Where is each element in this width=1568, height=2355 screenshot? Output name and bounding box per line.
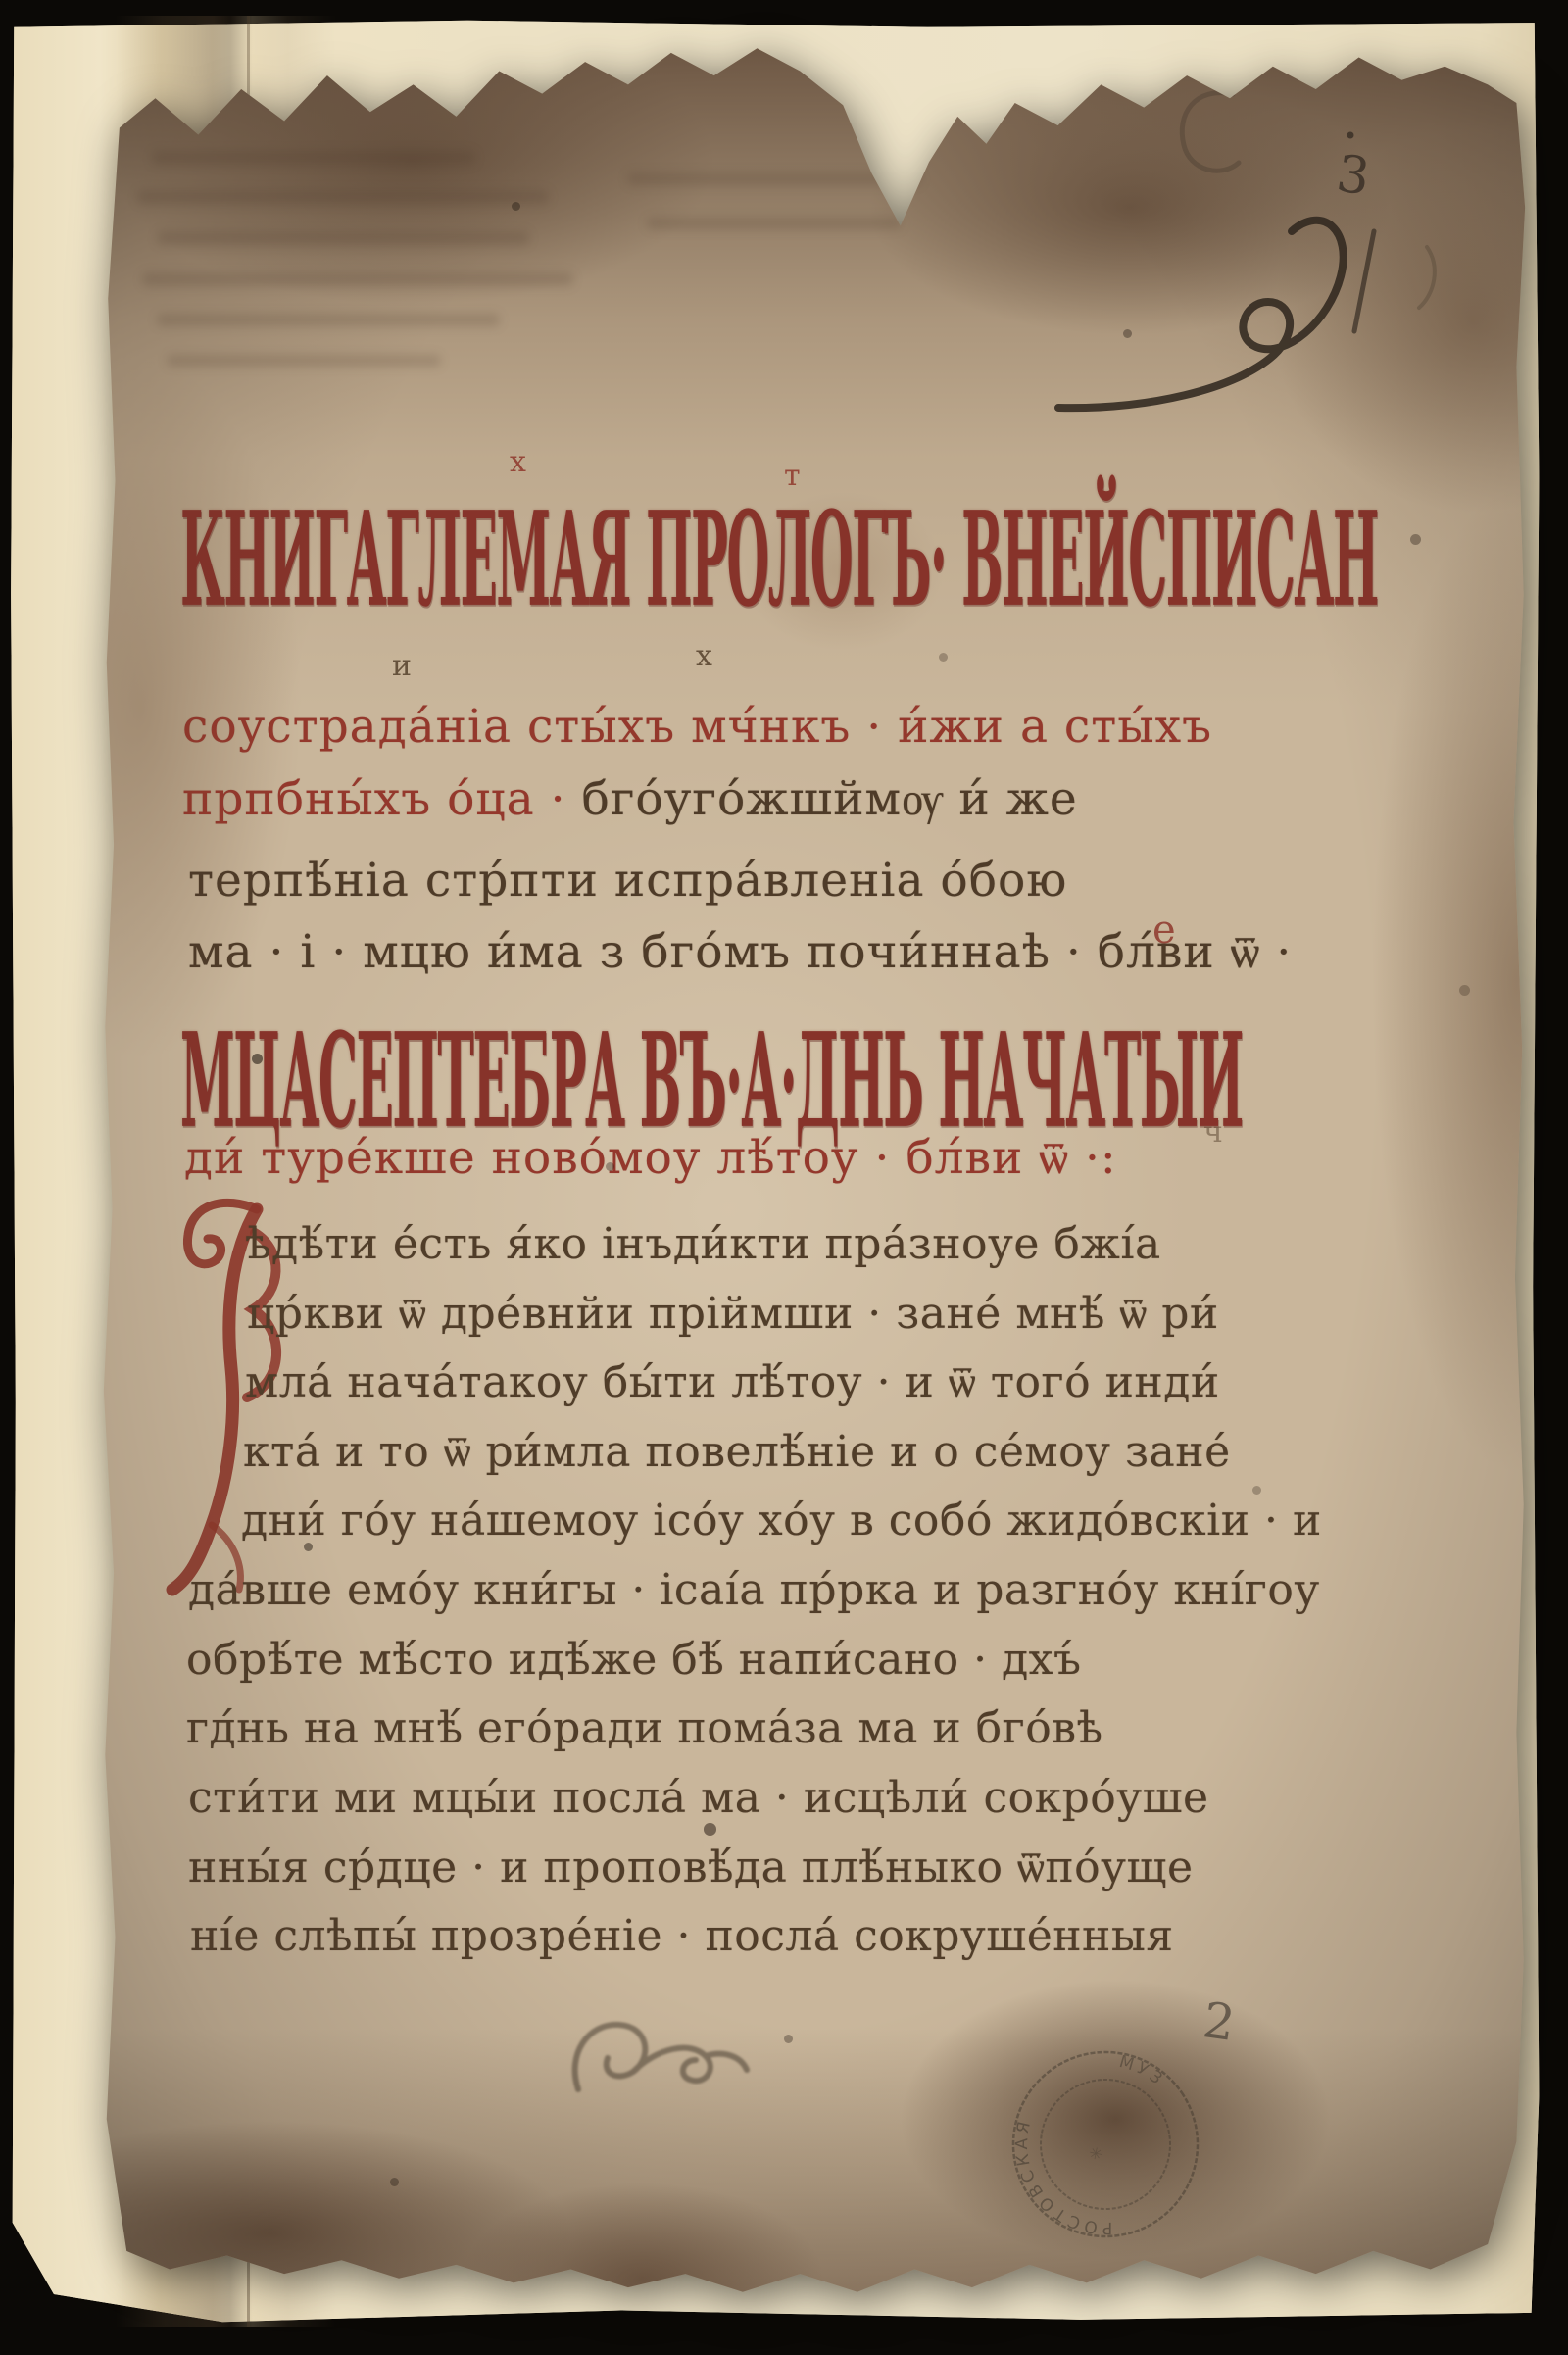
body-line: дни́ го́у на́шемоу ісо́у хо́у в собо́ жи… xyxy=(241,1496,1322,1545)
library-stamp: РОСТОВСКАЯ МУЗ ✳ xyxy=(990,2027,1225,2262)
svg-text:РОСТОВСКАЯ: РОСТОВСКАЯ xyxy=(988,2103,1122,2264)
bleedthrough-line xyxy=(137,190,549,204)
manuscript-leaf: 3 х т и х е ч КНИГАГЛЕМАЯ ПРОЛОГЪ· ВНЕЙС… xyxy=(98,25,1531,2301)
rubric-line: ди́ туре́кше ново́моу лѣ́тоу · бл́ви ѿ ·… xyxy=(184,1131,1117,1185)
bleedthrough-line xyxy=(157,231,529,245)
stamp-text-main: РОСТОВСКАЯ xyxy=(988,2103,1122,2264)
superscript-mark: х xyxy=(510,445,526,479)
body-line: нны́я ср́дце · и проповѣ́да плѣ́ныко ѿпо… xyxy=(188,1842,1193,1892)
body-line: ні́е слѣпы́ прозре́ніе · посла́ сокруше́… xyxy=(190,1911,1174,1961)
bottom-scribble xyxy=(559,1995,813,2113)
superscript-mark: и xyxy=(392,649,412,683)
pen-marks-graphic: 3 xyxy=(1029,84,1450,437)
svg-text:МУЗ: МУЗ xyxy=(1110,2037,1173,2103)
photo-canvas: 3 х т и х е ч КНИГАГЛЕМАЯ ПРОЛОГЪ· ВНЕЙС… xyxy=(0,0,1568,2355)
rubric-line: соустрада́ніа сты́хъ мч́нкъ · и́жи а сты… xyxy=(182,700,1212,754)
bleedthrough-line xyxy=(647,218,902,229)
body-line: мла́ нача́такоу бы́ти лѣ́тоу · и ѿ того́… xyxy=(245,1357,1220,1407)
bleedthrough-line xyxy=(167,355,441,367)
body-line: да́вше емо́у кни́гы · ісаі́а пр́рка и ра… xyxy=(188,1565,1320,1615)
superscript-mark: х xyxy=(696,639,712,673)
rubric-red-part: прпбны́хъ о́ца · xyxy=(182,772,581,826)
body-line: сти́ти ми мцы́и посла́ ма · исцѣли́ сокр… xyxy=(188,1773,1209,1823)
body-line: обрѣ́те мѣ́сто идѣ́же бѣ́ напи́сано · дх… xyxy=(186,1635,1082,1685)
body-line: гд́нь на мнѣ́ его́ради пома́за ма и бго́… xyxy=(186,1703,1103,1753)
body-line: кта́ и то ѿ ри́мла повелѣ́ніе и о се́моу… xyxy=(243,1427,1231,1477)
rubric-brown-part: бго́уго́жшймѹ и́ же xyxy=(581,772,1077,826)
vyaz-heading-1: КНИГАГЛЕМАЯ ПРОЛОГЪ· ВНЕЙСПИСАН xyxy=(180,484,1378,637)
bleedthrough-line xyxy=(152,151,475,165)
pen-letter-flourish xyxy=(1058,221,1344,408)
pen-number-3: 3 xyxy=(1333,144,1373,207)
stamp-text-secondary: МУЗ xyxy=(1110,2037,1173,2103)
body-line: цр́кви ѿ дре́внйи пріймши · зане́ мнѣ́ ѿ… xyxy=(247,1289,1219,1339)
bleedthrough-line xyxy=(142,272,573,286)
rubric-line: ма · і · мцю и́ма з бго́мъ почи́ннаѣ · б… xyxy=(188,925,1292,979)
body-line: ѣдѣ́ти е́сть я́ко інъди́кти пра́зноуе бж… xyxy=(245,1219,1161,1269)
rubric-line: терпѣ́ніа стр́пти испра́вленіа о́бою xyxy=(188,854,1067,908)
bleedthrough-line xyxy=(157,314,500,326)
rubric-line-mixed: прпбны́хъ о́ца · бго́уго́жшймѹ и́ же xyxy=(182,772,1078,826)
svg-text:✳: ✳ xyxy=(1086,2142,1107,2165)
